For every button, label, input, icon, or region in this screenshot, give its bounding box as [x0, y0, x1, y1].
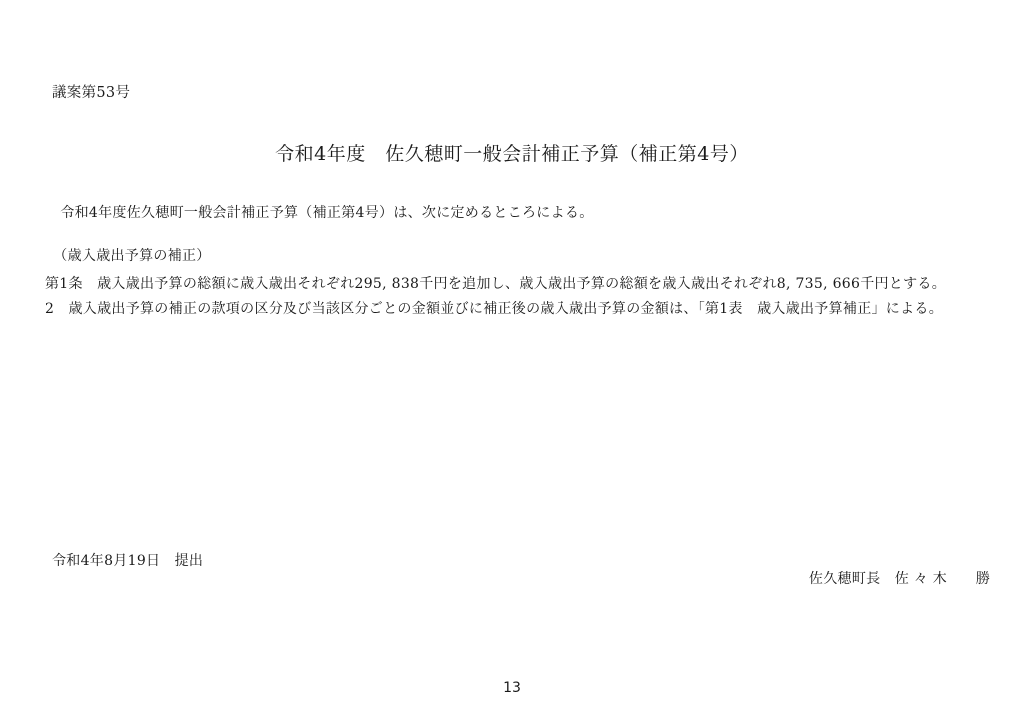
intro-paragraph: 令和4年度佐久穂町一般会計補正予算（補正第4号）は、次に定めるところによる。 — [46, 205, 594, 221]
mayor-signature: 佐久穂町長 佐 々 木 勝 — [809, 571, 990, 587]
document-title: 令和4年度 佐久穂町一般会計補正予算（補正第4号） — [0, 144, 1024, 166]
document-page: 議案第53号 令和4年度 佐久穂町一般会計補正予算（補正第4号） 令和4年度佐久… — [0, 0, 1024, 724]
section-label: （歳入歳出予算の補正） — [46, 248, 211, 264]
article-1-text: 第1条 歳入歳出予算の総額に歳入歳出それぞれ295, 838千円を追加し、歳入歳… — [45, 276, 946, 292]
clause-2-text: 2 歳入歳出予算の補正の款項の区分及び当該区分ごとの金額並びに補正後の歳入歳出予… — [45, 301, 943, 317]
page-number: 13 — [0, 680, 1024, 696]
bill-number: 議案第53号 — [52, 85, 130, 102]
submission-date: 令和4年8月19日 提出 — [52, 553, 203, 569]
